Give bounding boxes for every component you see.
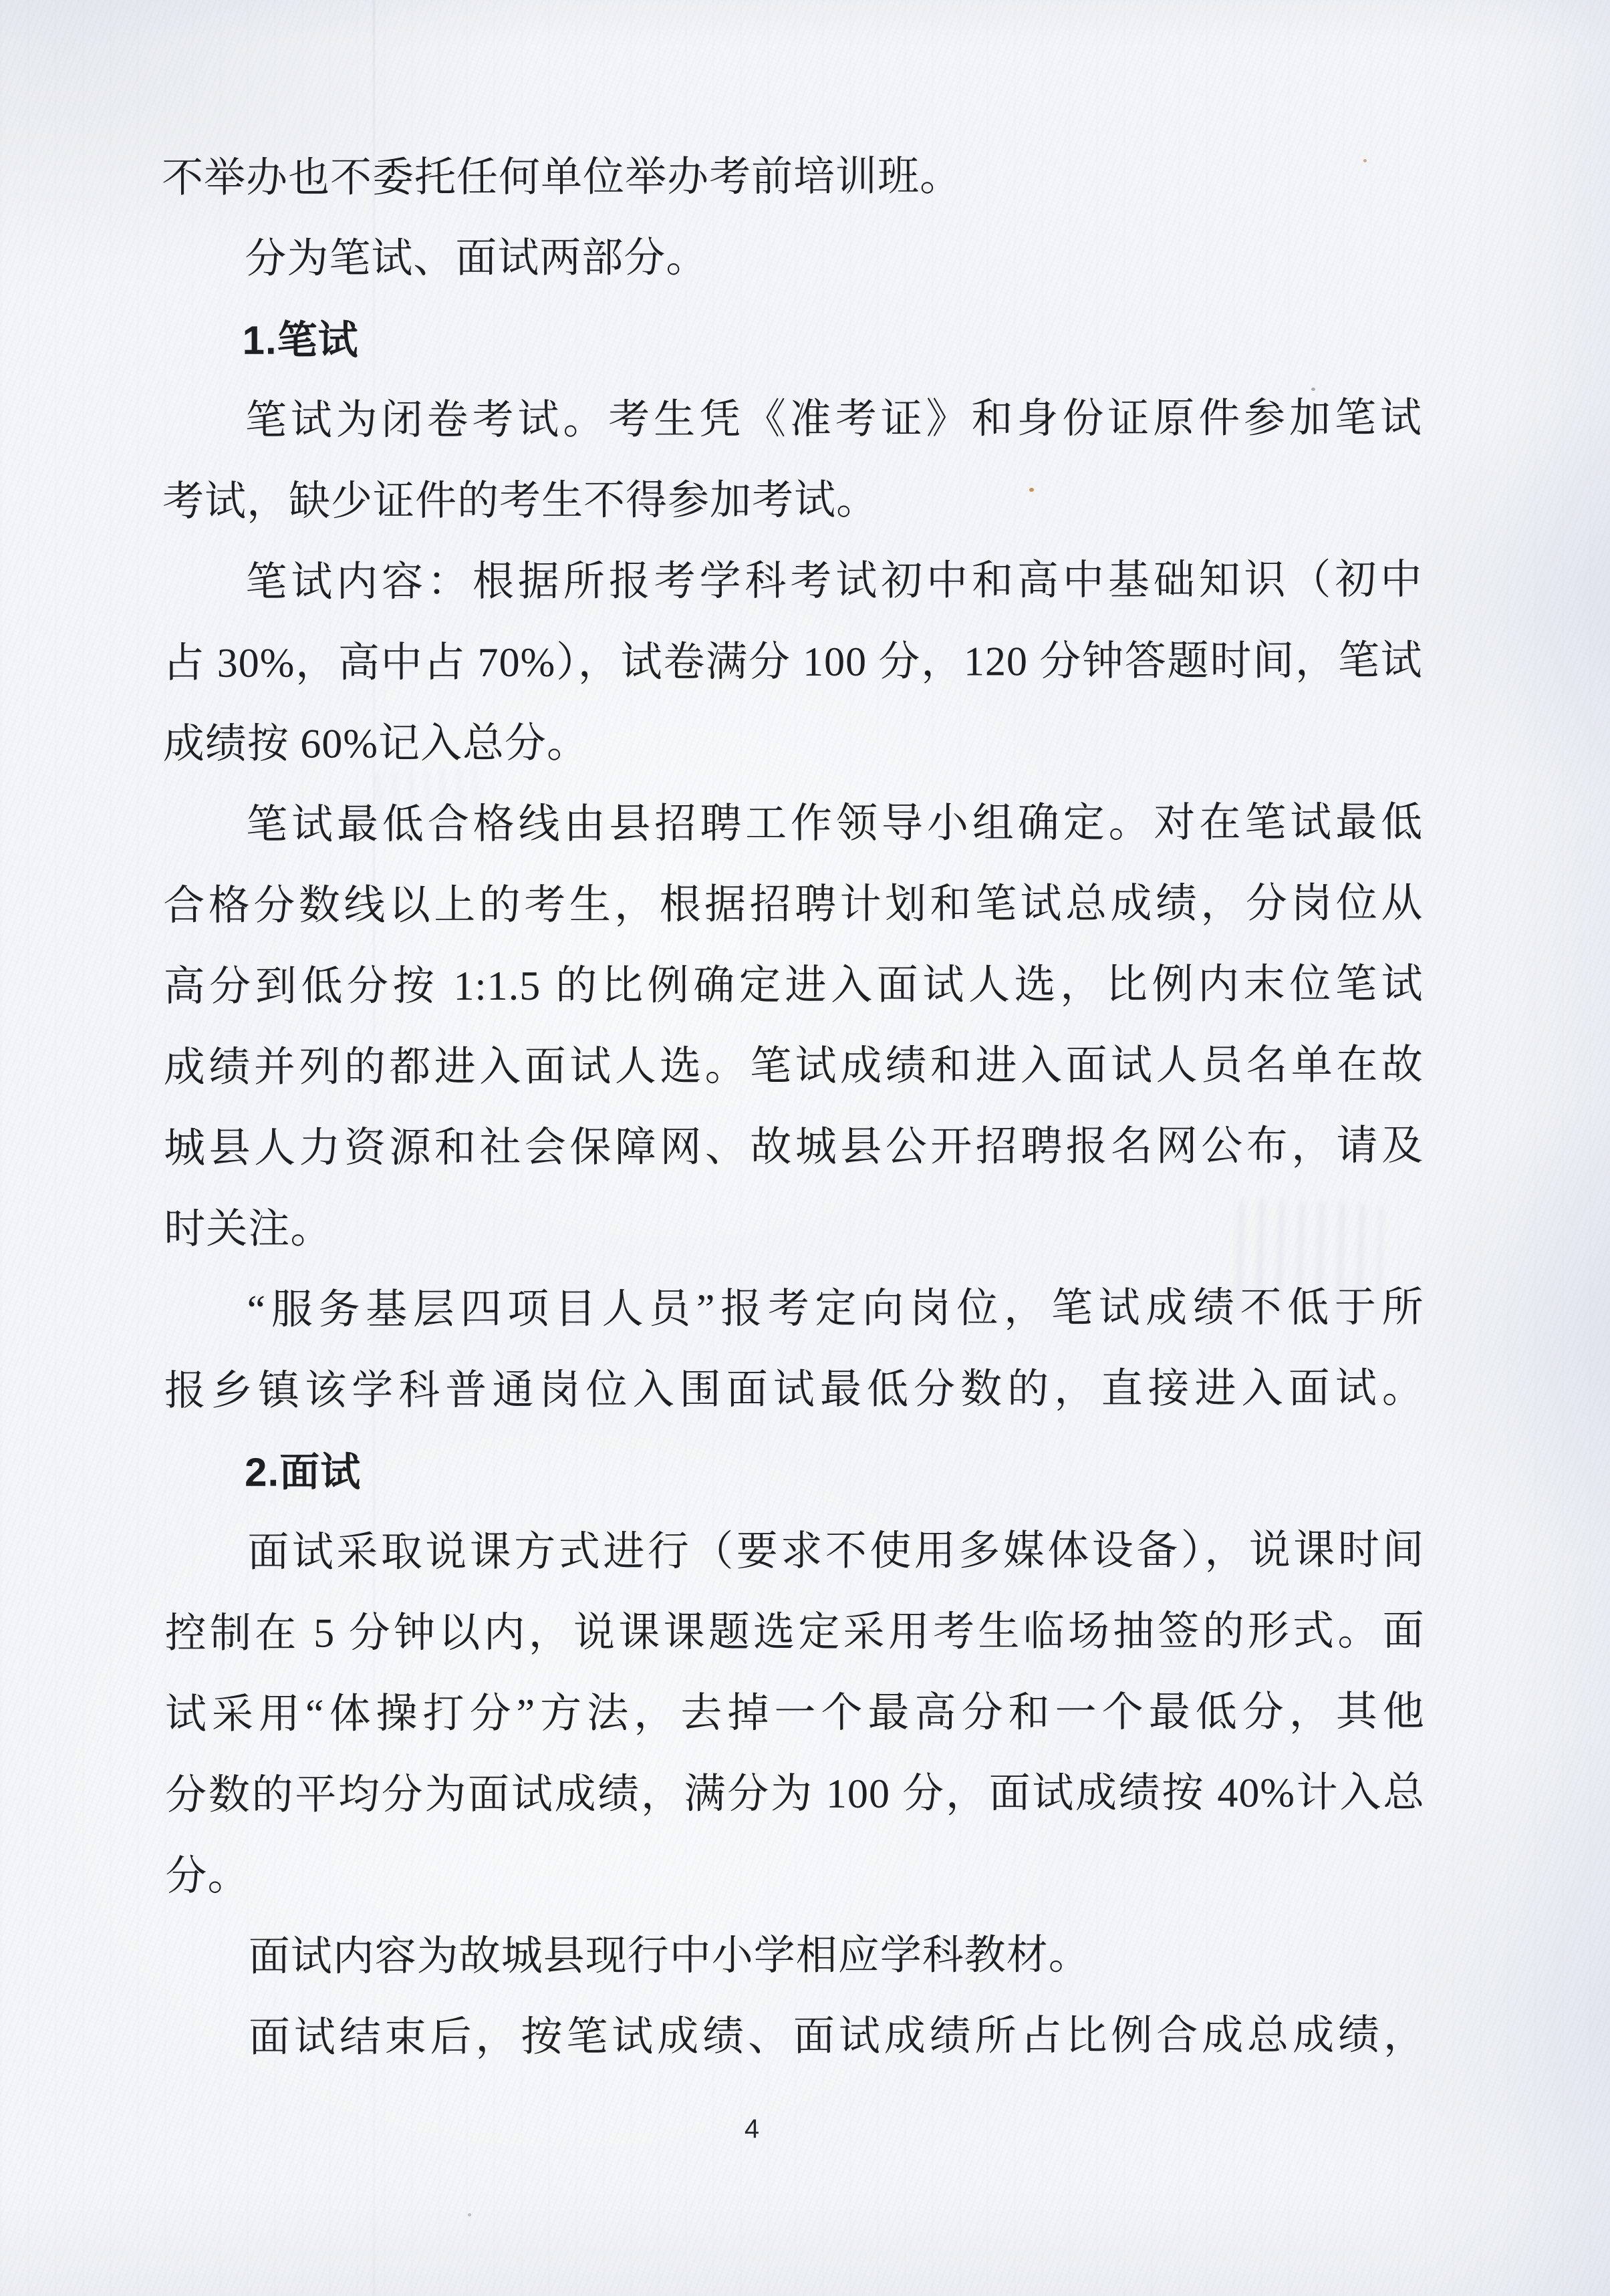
text-line: 考试，缺少证件的考生不得参加考试。 [162, 459, 1422, 543]
text-line: 高分到低分按 1:1.5 的比例确定进入面试人选，比例内末位笔试 [163, 944, 1423, 1028]
text-line: 分为笔试、面试两部分。 [162, 217, 1422, 300]
text-line: 笔试内容：根据所报考学科考试初中和高中基础知识（初中 [162, 540, 1422, 623]
text-line: 报乡镇该学科普通岗位入围面试最低分数的，直接进入面试。 [164, 1348, 1424, 1432]
text-line: 笔试最低合格线由县招聘工作领导小组确定。对在笔试最低 [163, 782, 1423, 866]
text-line: 分。 [165, 1834, 1425, 1917]
scanned-document-page: 不举办也不委托任何单位举办考前培训班。分为笔试、面试两部分。1.笔试笔试为闭卷考… [0, 0, 1610, 2296]
text-line: 面试结束后，按笔试成绩、面试成绩所占比例合成总成绩， [166, 1995, 1426, 2079]
text-line: 控制在 5 分钟以内，说课课题选定采用考生临场抽签的形式。面 [165, 1591, 1425, 1675]
text-line: 面试采取说课方式进行（要求不使用多媒体设备），说课时间 [164, 1510, 1424, 1594]
text-line: 成绩并列的都进入面试人选。笔试成绩和进入面试人员名单在故 [164, 1025, 1424, 1109]
text-line: 城县人力资源和社会保障网、故城县公开招聘报名网公布，请及 [164, 1106, 1424, 1189]
text-line: 试采用“体操打分”方法，去掉一个最高分和一个最低分，其他 [165, 1672, 1425, 1755]
text-line: 笔试为闭卷考试。考生凭《准考证》和身份证原件参加笔试 [162, 378, 1422, 462]
text-line: 合格分数线以上的考生，根据招聘计划和笔试总成绩，分岗位从 [163, 863, 1423, 947]
document-body: 不举办也不委托任何单位举办考前培训班。分为笔试、面试两部分。1.笔试笔试为闭卷考… [162, 136, 1426, 2079]
text-line: 占 30%，高中占 70%），试卷满分 100 分，120 分钟答题时间，笔试 [162, 621, 1422, 704]
scan-speck [468, 2213, 471, 2216]
text-line: 不举办也不委托任何单位举办考前培训班。 [162, 136, 1422, 219]
text-line: 面试内容为故城县现行中小学相应学科教材。 [166, 1914, 1426, 1998]
text-line: 时关注。 [164, 1187, 1424, 1270]
text-line: 分数的平均分为面试成绩，满分为 100 分，面试成绩按 40%计入总 [165, 1753, 1425, 1836]
text-line: 成绩按 60%记入总分。 [163, 702, 1423, 785]
text-line: “服务基层四项目人员”报考定向岗位，笔试成绩不低于所 [164, 1268, 1424, 1351]
section-heading: 2.面试 [164, 1429, 1424, 1513]
page-number: 4 [725, 2113, 779, 2145]
section-heading: 1.笔试 [162, 297, 1422, 381]
